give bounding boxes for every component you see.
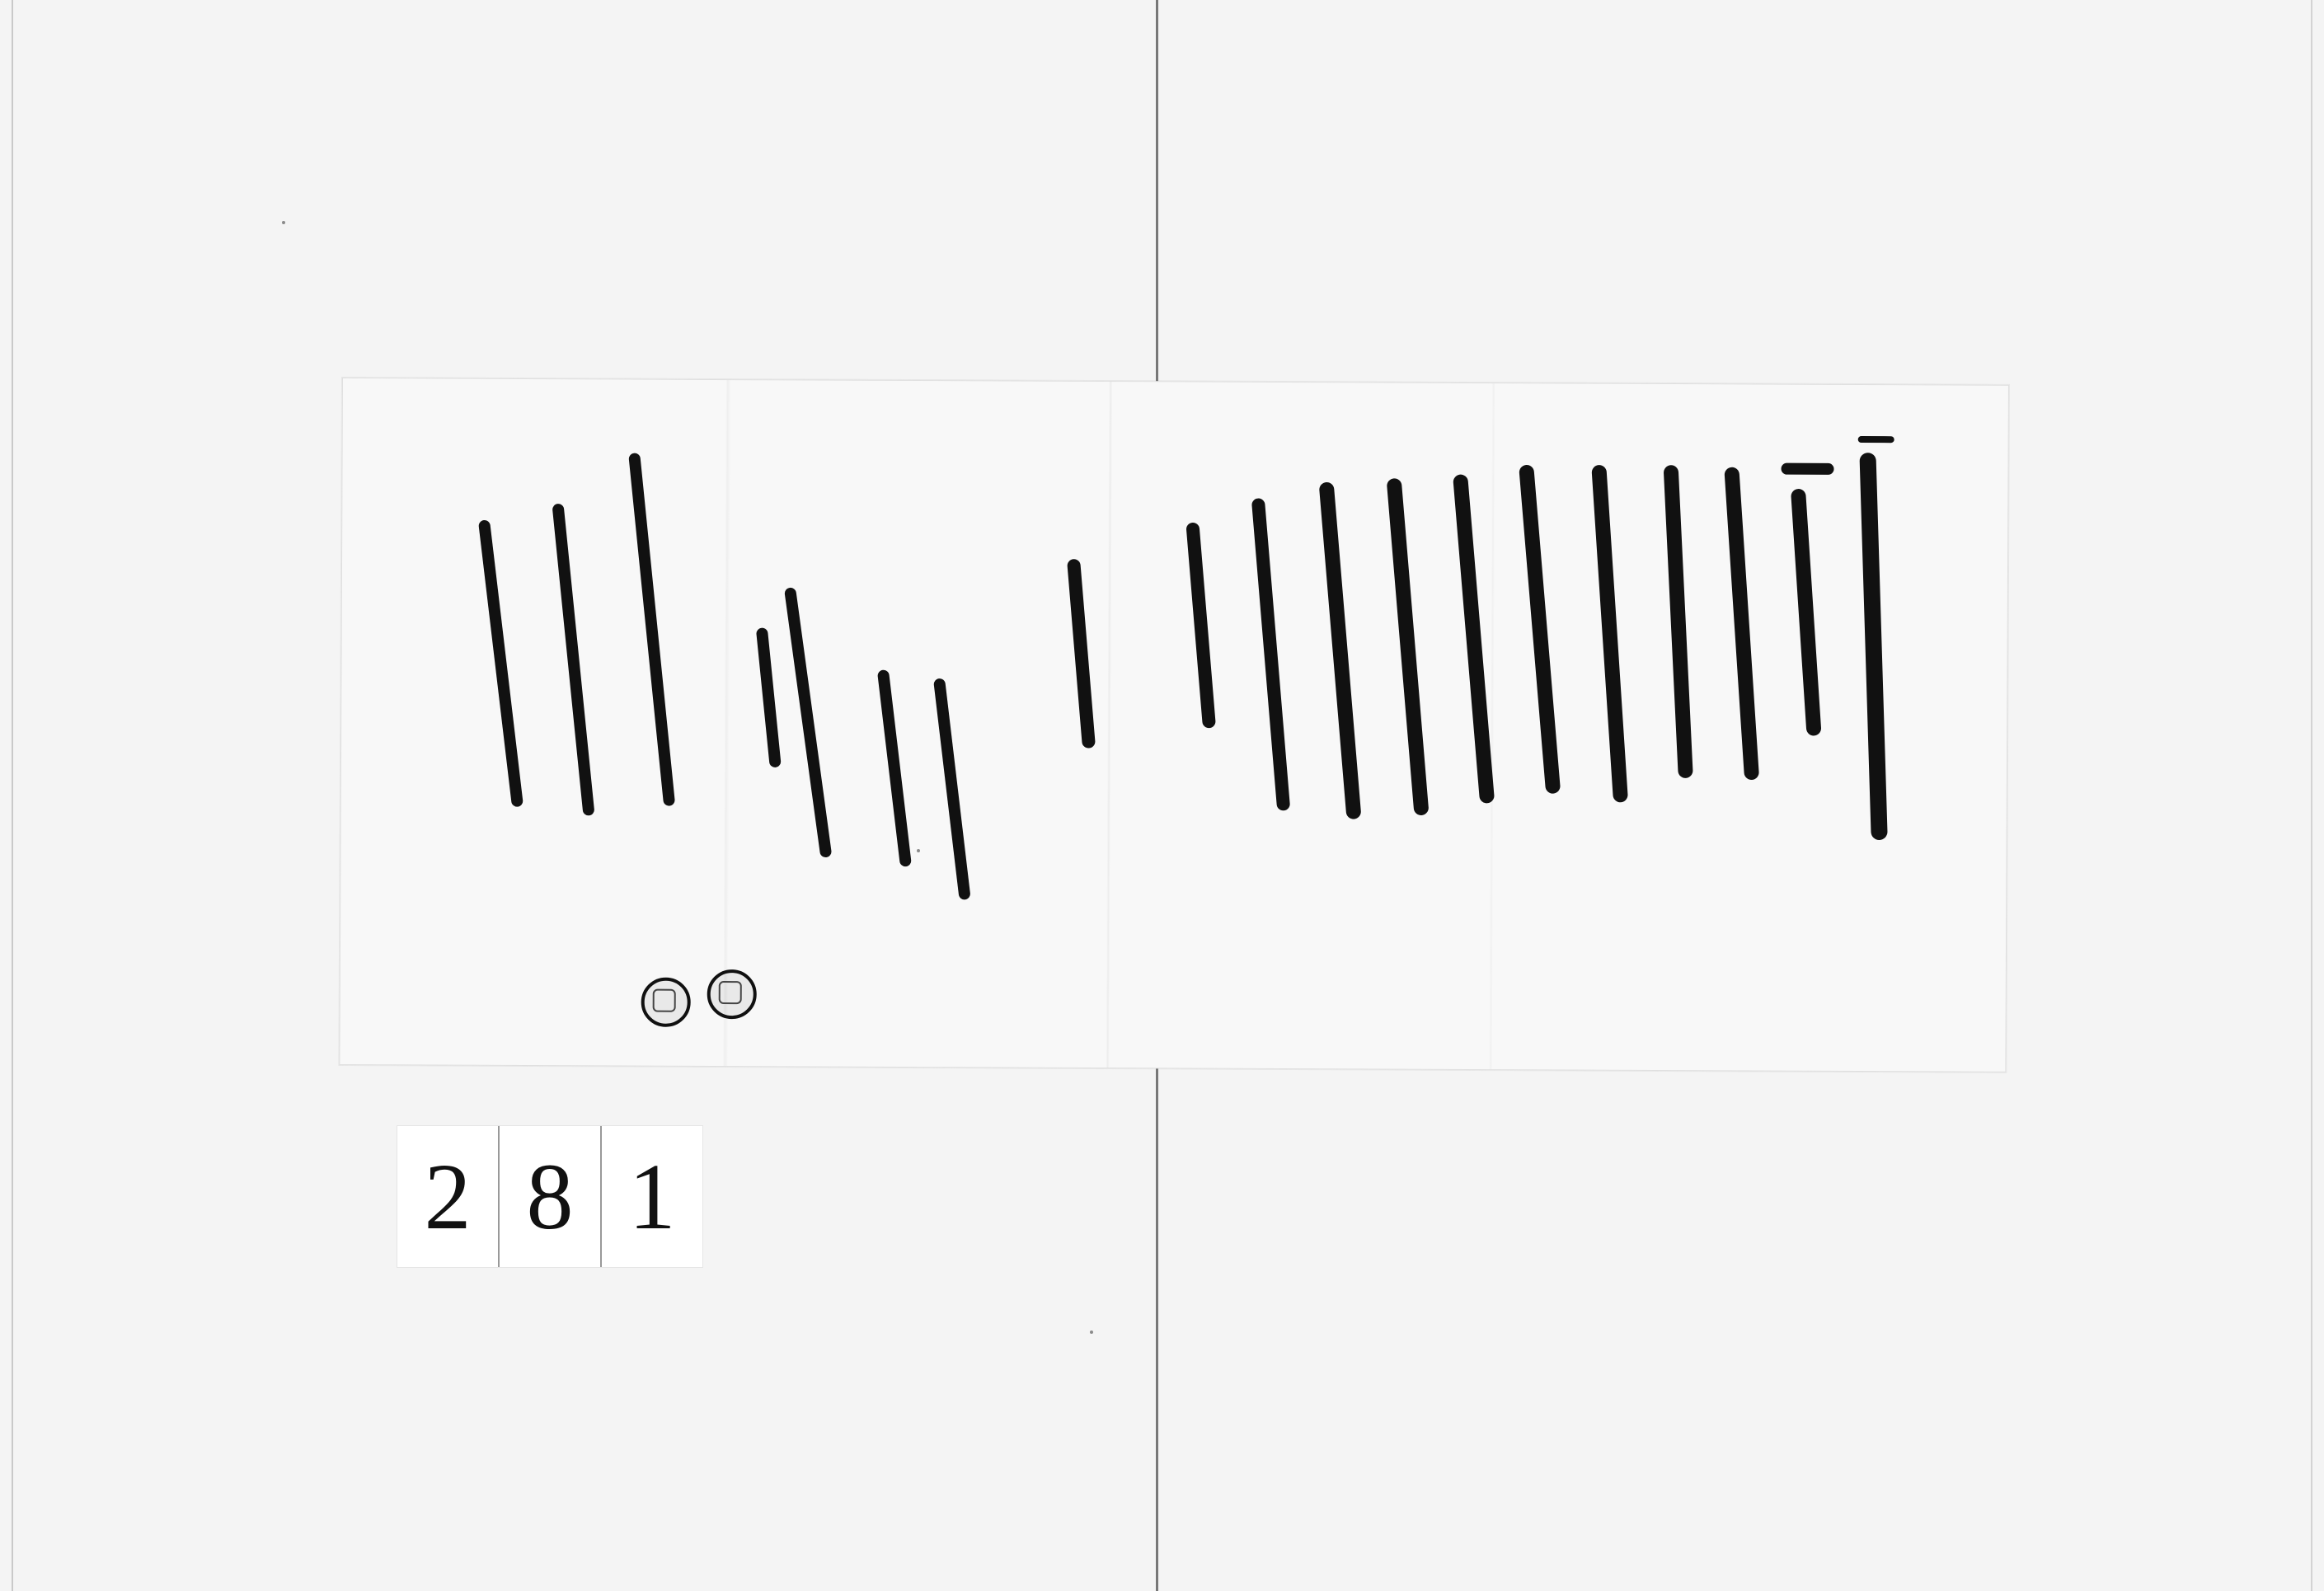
catalog-number-plate: 2 8 1 (397, 1126, 702, 1267)
calligraphy-columns (340, 378, 2008, 1072)
scanned-book-spread: 2 8 1 281 (0, 0, 2324, 1591)
left-page-edge (12, 0, 13, 1591)
seal-stamp-1 (707, 969, 757, 1019)
handwritten-letter (339, 378, 2009, 1072)
scan-speck (917, 849, 920, 852)
seal-stamp-2 (641, 978, 691, 1027)
scan-speck (1090, 1331, 1093, 1334)
catalog-digit-2: 8 (498, 1126, 600, 1267)
scan-speck (282, 221, 285, 224)
right-page-edge (2311, 0, 2312, 1591)
catalog-digit-3: 1 (600, 1126, 702, 1267)
catalog-digit-1: 2 (397, 1126, 498, 1267)
catalog-number-text: 281 (0, 0, 1, 1)
